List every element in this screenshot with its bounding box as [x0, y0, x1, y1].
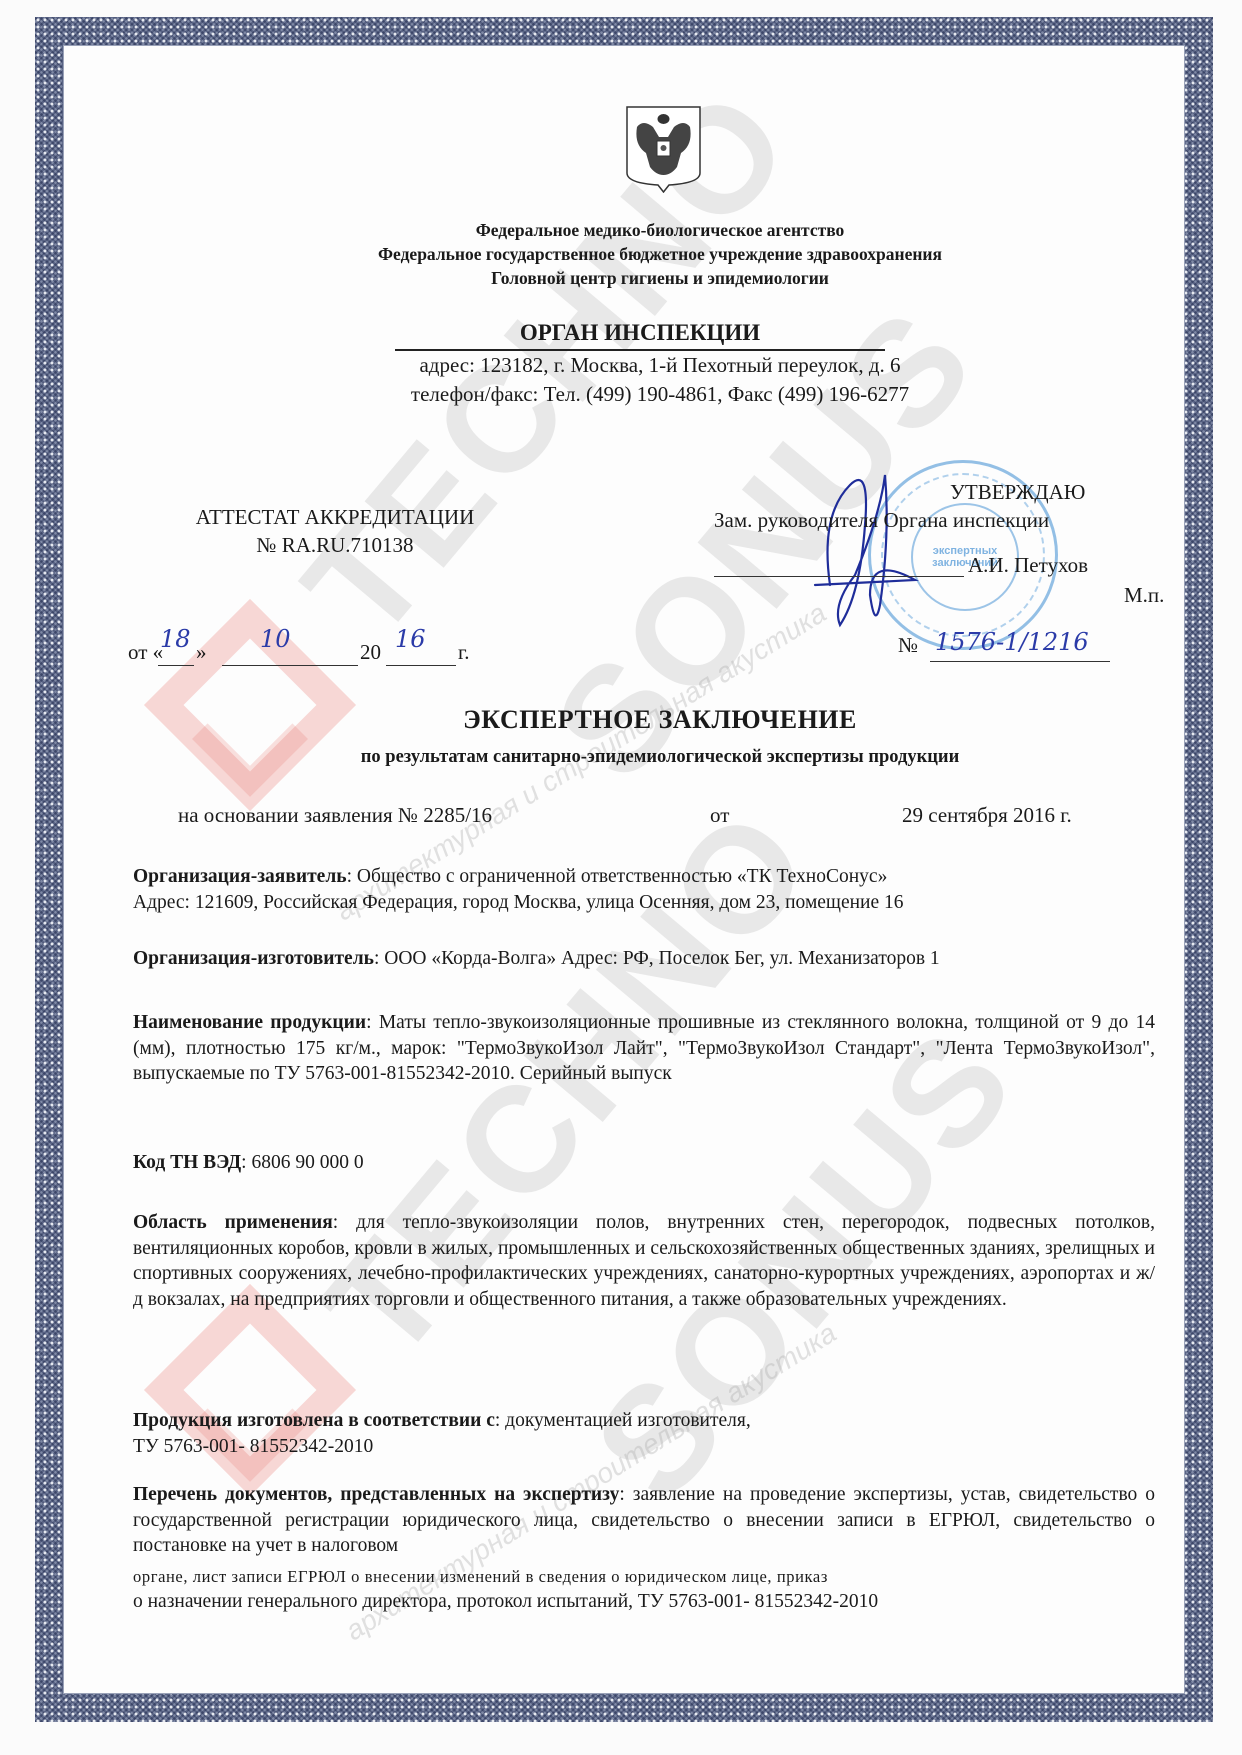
conformity-spec: ТУ 5763-001- 81552342-2010 [133, 1436, 373, 1457]
accreditation-block: АТТЕСТАТ АККРЕДИТАЦИИ № RA.RU.710138 [150, 503, 520, 559]
applicant-label: Организация-заявитель [133, 866, 347, 887]
product-section: Наименование продукции: Маты тепло-звуко… [133, 1010, 1155, 1087]
manufacturer-value: : ООО «Корда-Волга» Адрес: РФ, Поселок Б… [374, 948, 940, 969]
approver-position: Зам. руководителя Органа инспекции [714, 508, 1049, 533]
scope-section: Область применения: для тепло-звукоизоля… [133, 1210, 1155, 1312]
approver-name: А.И. Петухов [968, 553, 1088, 578]
product-label: Наименование продукции [133, 1012, 366, 1033]
date-year-line [386, 665, 456, 666]
basis-date: 29 сентября 2016 г. [902, 803, 1072, 828]
approval-number: 1576-1/1216 [935, 628, 1089, 656]
date-suffix: г. [458, 640, 470, 665]
number-line [930, 661, 1110, 662]
date-month-line [222, 665, 358, 666]
applicant-value: : Общество с ограниченной ответственност… [347, 866, 888, 887]
applicant-address: Адрес: 121609, Российская Федерация, гор… [133, 892, 904, 913]
conformity-value: : документацией изготовителя, [495, 1410, 751, 1431]
inspection-phone: телефон/факс: Тел. (499) 190-4861, Факс … [200, 382, 1120, 407]
title-underline [395, 349, 885, 351]
conformity-label: Продукция изготовлена в соответствии с [133, 1410, 495, 1431]
approval-number-prefix: № [898, 633, 918, 658]
signature-line [714, 576, 964, 577]
code-value: : 6806 90 000 0 [241, 1152, 363, 1173]
agency-name: Федеральное медико-биологическое агентст… [200, 220, 1120, 241]
approve-label: УТВЕРЖДАЮ [950, 480, 1085, 505]
scope-label: Область применения [133, 1212, 333, 1233]
documents-value-small: органе, лист записи ЕГРЮЛ о внесении изм… [133, 1564, 1155, 1590]
date-day-line [158, 665, 194, 666]
documents-label: Перечень документов, представленных на э… [133, 1484, 619, 1505]
russian-coat-of-arms-icon [625, 105, 702, 193]
applicant-section: Организация-заявитель: Общество с ограни… [133, 864, 1155, 915]
manufacturer-section: Организация-изготовитель: ООО «Корда-Вол… [133, 946, 1155, 972]
date-day: 18 [160, 625, 191, 653]
center-name: Головной центр гигиены и эпидемиологии [200, 268, 1120, 289]
accreditation-title: АТТЕСТАТ АККРЕДИТАЦИИ [150, 503, 520, 531]
code-label: Код ТН ВЭД [133, 1152, 241, 1173]
basis-from: от [710, 803, 729, 828]
documents-section: Перечень документов, представленных на э… [133, 1482, 1155, 1559]
date-day-close: » [196, 640, 207, 665]
documents-value-end: о назначении генерального директора, про… [133, 1589, 1155, 1615]
basis-statement: на основании заявления № 2285/16 [178, 803, 492, 828]
manufacturer-label: Организация-изготовитель [133, 948, 374, 969]
handwritten-signature [810, 455, 920, 635]
inspection-body-title: ОРГАН ИНСПЕКЦИИ [395, 320, 885, 346]
document-title: ЭКСПЕРТНОЕ ЗАКЛЮЧЕНИЕ [200, 705, 1120, 735]
date-month: 10 [260, 625, 291, 653]
inspection-address: адрес: 123182, г. Москва, 1-й Пехотный п… [200, 353, 1120, 378]
accreditation-number: № RA.RU.710138 [150, 531, 520, 559]
document-subtitle: по результатам санитарно-эпидемиологичес… [200, 747, 1120, 768]
code-section: Код ТН ВЭД: 6806 90 000 0 [133, 1150, 1155, 1176]
date-year: 16 [395, 625, 426, 653]
conformity-section: Продукция изготовлена в соответствии с: … [133, 1408, 1155, 1459]
institution-name: Федеральное государственное бюджетное уч… [200, 244, 1120, 265]
seal-mark: М.п. [1124, 583, 1164, 608]
date-century: 20 [360, 640, 381, 665]
date-prefix: от « [128, 640, 163, 665]
